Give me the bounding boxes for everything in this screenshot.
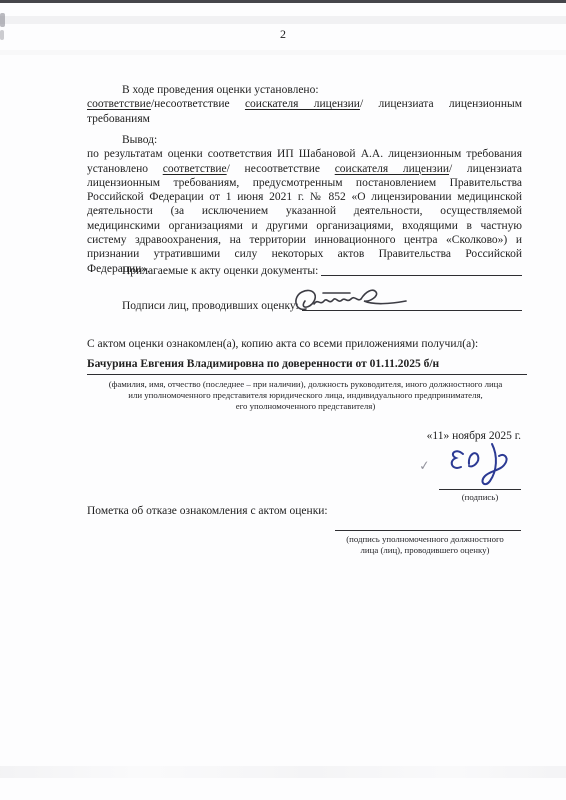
recipient-name-line: Бачурина Евгения Владимировна по доверен… [87,357,527,375]
scan-streak [0,16,566,24]
scan-edge-bottom [0,766,566,778]
findings-compliance-line: соответствие/несоответствие соискателя л… [87,97,522,126]
conclusion-applicant-underlined: соискателя лицензии [335,163,449,175]
conclusion-middle: / несоответствие [227,163,335,175]
conclusion-tail: / лицензиата лицензионным требованиям, п… [87,163,522,275]
conclusion-heading: Вывод: [87,133,522,147]
date-line: «11» ноября 2025 г. [87,429,521,443]
page-number: 2 [0,27,566,42]
conclusion-compliance-underlined: соответствие [163,163,227,175]
compliance-middle: /несоответствие [151,98,245,110]
acknowledgement-text: С актом оценки ознакомлен(а), копию акта… [87,337,527,351]
caption-line-2: или уполномоченного представителя юридич… [87,390,524,401]
refusal-note-label: Пометка об отказе ознакомления с актом о… [87,504,527,518]
official-caption-line-2: лица (лиц), проводившего оценку) [318,545,532,556]
findings-lead: В ходе проведения оценки установлено: [87,83,522,97]
caption-line-1: (фамилия, имя, отчество (последнее – при… [87,379,524,390]
findings-section: В ходе проведения оценки установлено: со… [87,83,522,126]
compliance-underlined: соответствие [87,98,151,110]
recipient-name: Бачурина Евгения Владимировна по доверен… [87,358,439,370]
official-caption-line-1: (подпись уполномоченного должностного [318,534,532,545]
checkmark-icon: ✓ [418,457,431,474]
official-signature-line [335,530,521,531]
caption-line-3: его уполномоченного представителя) [87,401,524,412]
recipient-handwritten-signature [444,441,516,493]
recipient-signature-caption: (подпись) [429,492,531,503]
official-signature-caption: (подпись уполномоченного должностного ли… [318,534,532,556]
conclusion-section: Вывод: по результатам оценки соответстви… [87,133,522,276]
evaluator-signatures-row: Подписи лиц, проводивших оценку: [87,299,522,313]
evaluator-signatures-label: Подписи лиц, проводивших оценку: [122,299,299,313]
recipient-name-caption: (фамилия, имя, отчество (последнее – при… [87,379,524,412]
attachments-row: Прилагаемые к акту оценки документы: [87,264,522,278]
recipient-signature-line [439,489,521,490]
license-applicant-underlined: соискателя лицензии [245,98,360,110]
scan-speck [0,13,5,27]
scan-edge-top [0,0,566,3]
scan-streak [0,50,566,55]
attachments-blank-line [321,264,522,276]
attachments-label: Прилагаемые к акту оценки документы: [122,264,318,278]
evaluator-signature-line [302,299,522,311]
conclusion-paragraph: по результатам оценки соответствия ИП Ша… [87,147,522,276]
scanned-document-page: 2 В ходе проведения оценки установлено: … [0,0,566,800]
